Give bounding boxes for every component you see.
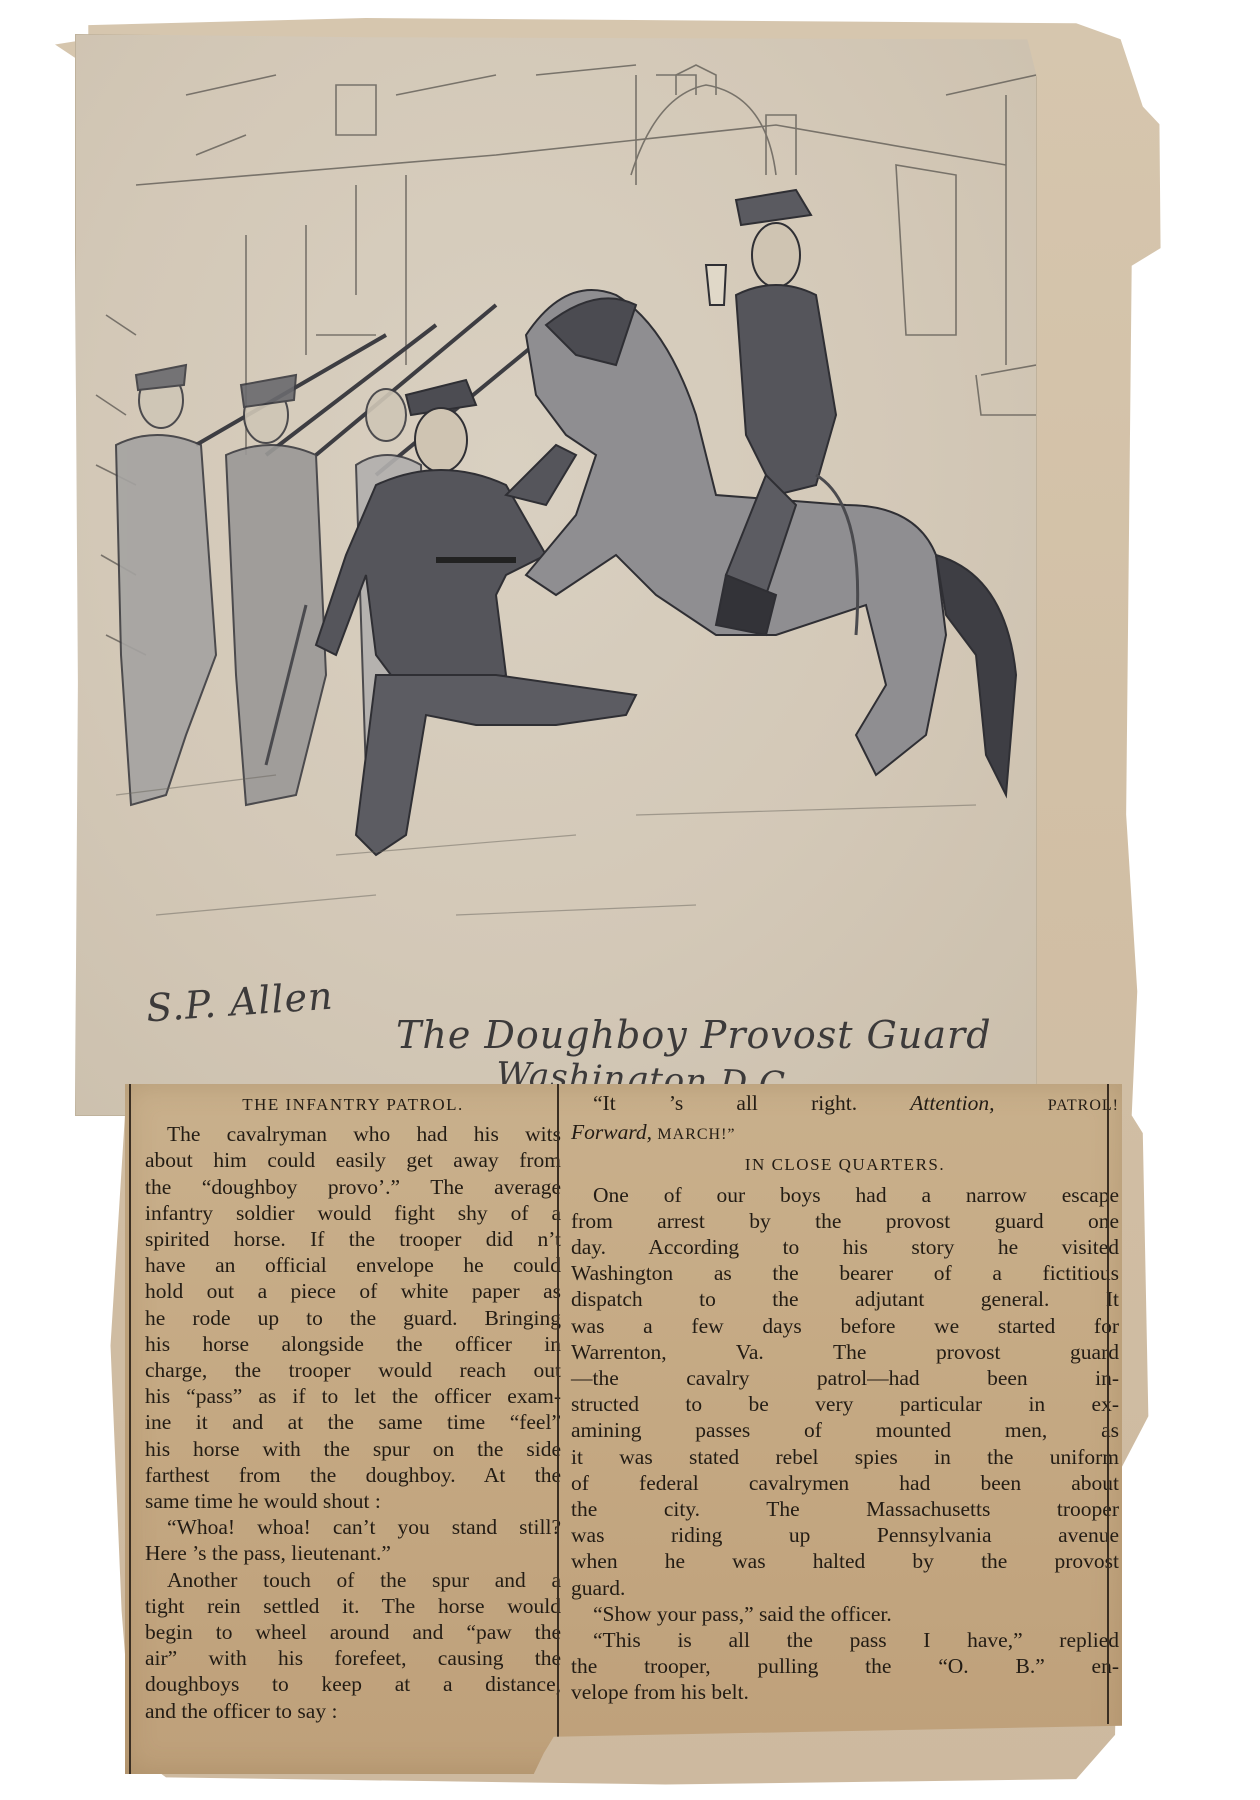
text-line: Another touch of the spur and a (145, 1567, 561, 1593)
text-line: ine it and at the same time “feel” (145, 1409, 561, 1435)
text-line: day. According to his story he visited (571, 1234, 1119, 1260)
text-line: guard. (571, 1575, 1119, 1601)
text-line: of federal cavalrymen had been about (571, 1470, 1119, 1496)
text-line: when he was halted by the provost (571, 1548, 1119, 1574)
text-line: was riding up Pennsylvania avenue (571, 1522, 1119, 1548)
text-line: “Show your pass,” said the officer. (571, 1601, 1119, 1627)
text-line: farthest from the doughboy. At the (145, 1462, 561, 1488)
text-line: infantry soldier would fight shy of a (145, 1200, 561, 1226)
newspaper-clipping: THE INFANTRY PATROL. The cavalryman who … (125, 1084, 1122, 1774)
text-line: his horse alongside the officer in (145, 1331, 561, 1357)
text-line: tight rein settled it. The horse would (145, 1593, 561, 1619)
text-line: dispatch to the adjutant general. It (571, 1286, 1119, 1312)
text-line: Washington as the bearer of a fictitious (571, 1260, 1119, 1286)
text-line: Warrenton, Va. The provost guard (571, 1339, 1119, 1365)
column-border-right (1107, 1084, 1109, 1724)
text-line: it was stated rebel spies in the uniform (571, 1444, 1119, 1470)
text-line: have an official envelope he could (145, 1252, 561, 1278)
text-line: begin to wheel around and “paw the (145, 1619, 561, 1645)
command-line: Forward, MARCH!” (571, 1119, 1119, 1148)
text-line: Here ’s the pass, lieutenant.” (145, 1540, 561, 1566)
text-line: his “pass” as if to let the officer exam… (145, 1383, 561, 1409)
text-line: the trooper, pulling the “O. B.” en- (571, 1653, 1119, 1679)
left-column-text: The cavalryman who had his witsabout him… (145, 1121, 561, 1724)
text-line: about him could easily get away from (145, 1147, 561, 1173)
text-line: his horse with the spur on the side (145, 1436, 561, 1462)
drawing-title: The Doughboy Provost Guard (396, 1013, 992, 1057)
text-line: The cavalryman who had his wits (145, 1121, 561, 1147)
text-line: velope from his belt. (571, 1679, 1119, 1705)
text-line: “This is all the pass I have,” replied (571, 1627, 1119, 1653)
text-line: “Whoa! whoa! can’t you stand still? (145, 1514, 561, 1540)
text-line: the “doughboy provo’.” The average (145, 1174, 561, 1200)
text-line: the city. The Massachusetts trooper (571, 1496, 1119, 1522)
drawing-illustration (76, 35, 1036, 1115)
text-line: same time he would shout : (145, 1488, 561, 1514)
text-line: from arrest by the provost guard one (571, 1208, 1119, 1234)
left-column: THE INFANTRY PATROL. The cavalryman who … (129, 1084, 561, 1774)
text-line: and the officer to say : (145, 1698, 561, 1724)
text-line: structed to be very particular in ex- (571, 1391, 1119, 1417)
text-line: was a few days before we started for (571, 1313, 1119, 1339)
heading-close-quarters: IN CLOSE QUARTERS. (571, 1152, 1119, 1178)
text-line: he rode up to the guard. Bringing (145, 1305, 561, 1331)
right-column: “It ’s all right. Attention, PATROL! For… (557, 1084, 1119, 1774)
text-line: doughboys to keep at a distance, (145, 1671, 561, 1697)
text-line: charge, the trooper would reach out (145, 1357, 561, 1383)
text-line: hold out a piece of white paper as (145, 1278, 561, 1304)
text-line: amining passes of mounted men, as (571, 1417, 1119, 1443)
opening-line: “It ’s all right. Attention, PATROL! (571, 1090, 1119, 1119)
right-column-text: One of our boys had a narrow escapefrom … (571, 1182, 1119, 1706)
pencil-drawing: SA S.P. Allen The Doughboy Provost Guard… (75, 34, 1037, 1116)
text-line: air” with his forefeet, causing the (145, 1645, 561, 1671)
text-line: —the cavalry patrol—had been in- (571, 1365, 1119, 1391)
text-line: spirited horse. If the trooper did n’t (145, 1226, 561, 1252)
heading-infantry-patrol: THE INFANTRY PATROL. (145, 1092, 561, 1118)
text-line: One of our boys had a narrow escape (571, 1182, 1119, 1208)
